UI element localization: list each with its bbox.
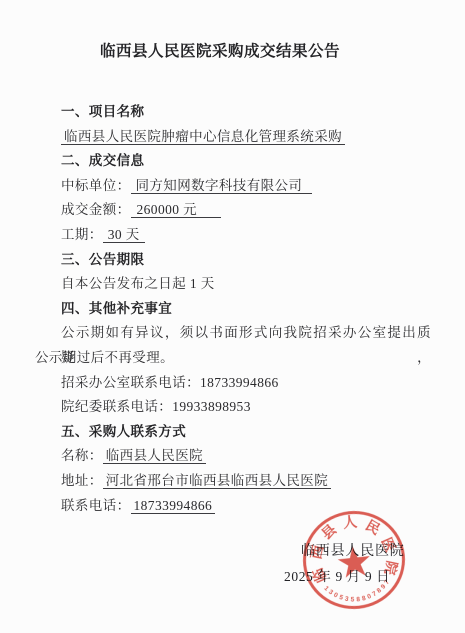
discipline-phone-line: 院纪委联系电话：19933898953 [35, 395, 432, 420]
duration-line: 工期：30 天 [35, 223, 432, 248]
project-name-value: 临西县人民医院肿瘤中心信息化管理系统采购 [61, 129, 345, 145]
winner-label: 中标单位： [61, 178, 131, 193]
scanned-document-page: 临西县人民医院采购成交结果公告 一、项目名称 临西县人民医院肿瘤中心信息化管理系… [0, 0, 465, 633]
star-icon: ★ [333, 540, 375, 586]
section1-heading: 一、项目名称 [35, 100, 432, 125]
office-phone-line: 招采办公室联系电话：18733994866 [35, 371, 432, 396]
duration-label: 工期： [61, 227, 103, 242]
buyer-address-value: 河北省邢台市临西县临西县人民医院 [103, 473, 331, 489]
buyer-name-value: 临西县人民医院 [103, 448, 206, 464]
amount-line: 成交金额：260000 元 [35, 198, 432, 223]
announcement-body: 临西县人民医院采购成交结果公告 一、项目名称 临西县人民医院肿瘤中心信息化管理系… [0, 0, 465, 518]
buyer-address-label: 地址： [61, 473, 103, 488]
supplement-paragraph-line1: 公示期如有异议，须以书面形式向我院招采办公室提出质疑， [35, 321, 432, 346]
winner-line: 中标单位：同方知网数字科技有限公司 [35, 174, 432, 199]
buyer-name-line: 名称：临西县人民医院 [35, 444, 432, 469]
project-name-line: 临西县人民医院肿瘤中心信息化管理系统采购 [35, 125, 432, 150]
duration-value: 30 天 [103, 227, 145, 243]
buyer-phone-value: 18733994866 [131, 498, 216, 514]
section4-heading: 四、其他补充事宜 [35, 297, 432, 322]
buyer-name-label: 名称： [61, 448, 103, 463]
buyer-phone-label: 联系电话： [61, 498, 131, 513]
amount-label: 成交金额： [61, 202, 131, 217]
notice-period-line: 自本公告发布之日起 1 天 [35, 272, 432, 297]
buyer-address-line: 地址：河北省邢台市临西县临西县人民医院 [35, 469, 432, 494]
document-title: 临西县人民医院采购成交结果公告 [35, 42, 405, 62]
amount-value: 260000 元 [131, 202, 222, 218]
section3-heading: 三、公告期限 [35, 248, 432, 273]
official-seal: 临西县人民医院 ★ 1305358807897 [298, 506, 410, 614]
section2-heading: 二、成交信息 [35, 149, 432, 174]
section5-heading: 五、采购人联系方式 [35, 420, 432, 445]
winner-value: 同方知网数字科技有限公司 [131, 178, 313, 194]
